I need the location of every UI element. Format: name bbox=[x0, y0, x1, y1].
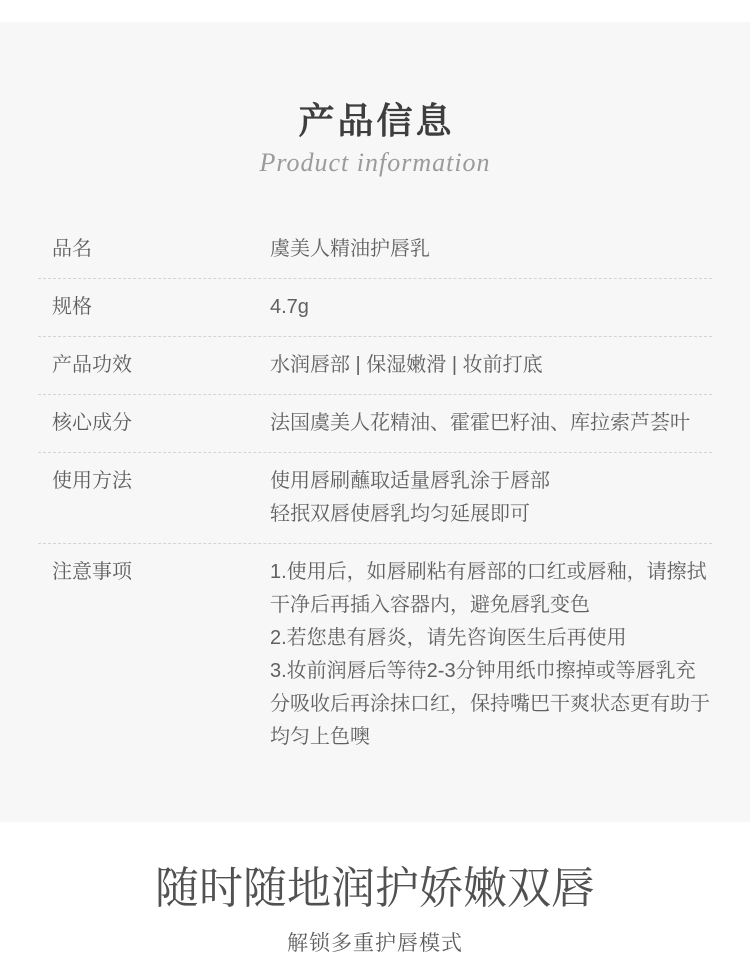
table-row-usage: 使用方法 使用唇刷蘸取适量唇乳涂于唇部 轻抿双唇使唇乳均匀延展即可 bbox=[38, 453, 712, 544]
row-value: 虞美人精油护唇乳 bbox=[270, 233, 712, 266]
row-label: 核心成分 bbox=[38, 407, 270, 440]
table-row-product-name: 品名 虞美人精油护唇乳 bbox=[38, 221, 712, 279]
row-value: 水润唇部 | 保湿嫩滑 | 妆前打底 bbox=[270, 349, 712, 382]
title-block: 产品信息 Product information bbox=[0, 102, 750, 177]
table-row-precautions: 注意事项 1.使用后，如唇刷粘有唇部的口红或唇釉，请擦拭干净后再插入容器内，避免… bbox=[38, 544, 712, 766]
table-row-efficacy: 产品功效 水润唇部 | 保湿嫩滑 | 妆前打底 bbox=[38, 337, 712, 395]
precaution-item: 2.若您患有唇炎，请先咨询医生后再使用 bbox=[270, 622, 712, 655]
precaution-item: 3.妆前润唇后等待2-3分钟用纸巾擦掉或等唇乳充分吸收后再涂抹口红，保持嘴巴干爽… bbox=[270, 655, 712, 754]
usage-line: 轻抿双唇使唇乳均匀延展即可 bbox=[270, 498, 712, 531]
table-row-specification: 规格 4.7g bbox=[38, 279, 712, 337]
usage-line: 使用唇刷蘸取适量唇乳涂于唇部 bbox=[270, 465, 712, 498]
row-label: 产品功效 bbox=[38, 349, 270, 382]
footer-section: 随时随地润护娇嫩双唇 解锁多重护唇模式 bbox=[0, 822, 750, 956]
product-info-page: 产品信息 Product information 品名 虞美人精油护唇乳 规格 … bbox=[0, 0, 750, 979]
footer-headline: 随时随地润护娇嫩双唇 bbox=[0, 866, 750, 912]
row-label: 注意事项 bbox=[38, 556, 270, 589]
footer-subheadline: 解锁多重护唇模式 bbox=[0, 932, 750, 956]
row-value: 使用唇刷蘸取适量唇乳涂于唇部 轻抿双唇使唇乳均匀延展即可 bbox=[270, 465, 712, 531]
row-label: 品名 bbox=[38, 233, 270, 266]
row-label: 使用方法 bbox=[38, 465, 270, 498]
row-label: 规格 bbox=[38, 291, 270, 324]
row-value: 4.7g bbox=[270, 291, 712, 324]
row-value: 1.使用后，如唇刷粘有唇部的口红或唇釉，请擦拭干净后再插入容器内，避免唇乳变色 … bbox=[270, 556, 712, 754]
table-row-ingredients: 核心成分 法国虞美人花精油、霍霍巴籽油、库拉索芦荟叶 bbox=[38, 395, 712, 453]
product-spec-table: 品名 虞美人精油护唇乳 规格 4.7g 产品功效 水润唇部 | 保湿嫩滑 | 妆… bbox=[38, 221, 712, 766]
row-value: 法国虞美人花精油、霍霍巴籽油、库拉索芦荟叶 bbox=[270, 407, 712, 440]
page-title: 产品信息 bbox=[0, 102, 750, 140]
precaution-item: 1.使用后，如唇刷粘有唇部的口红或唇釉，请擦拭干净后再插入容器内，避免唇乳变色 bbox=[270, 556, 712, 622]
page-subtitle: Product information bbox=[0, 149, 750, 177]
product-info-panel: 产品信息 Product information 品名 虞美人精油护唇乳 规格 … bbox=[0, 22, 750, 822]
